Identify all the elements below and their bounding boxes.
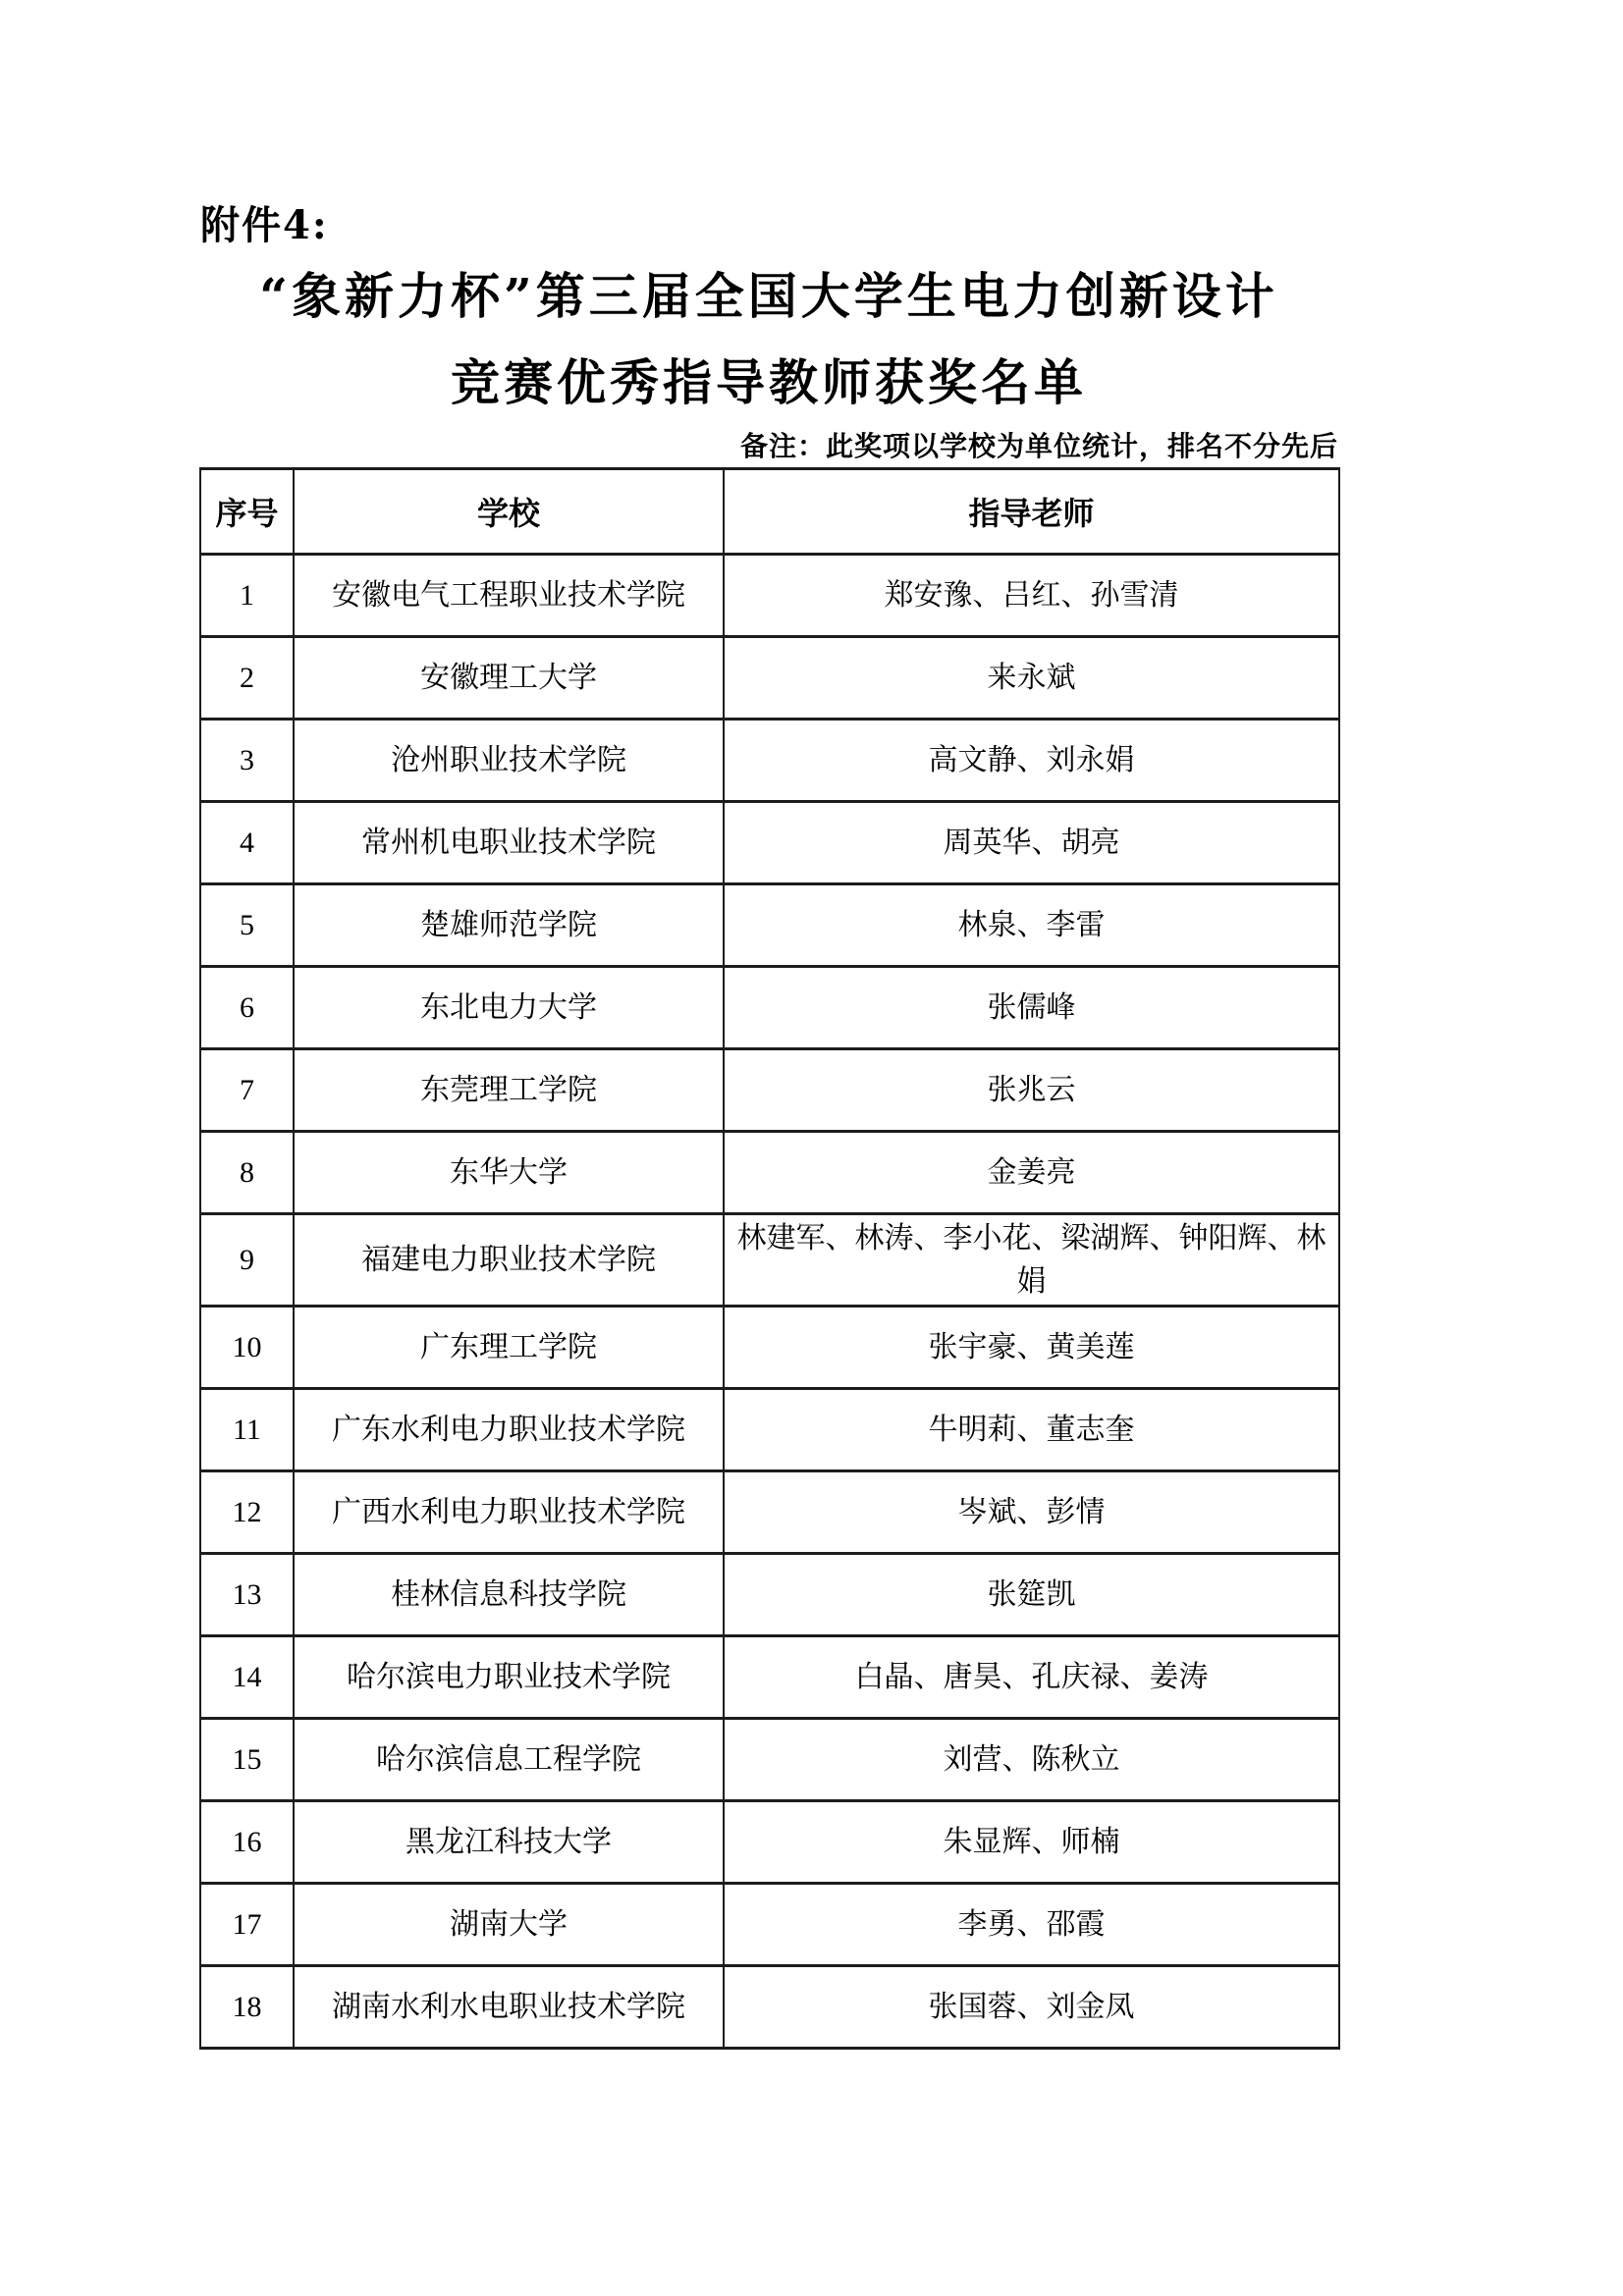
award-table: 序号 学校 指导老师 1 安徽电气工程职业技术学院 郑安豫、吕红、孙雪清 2 安… bbox=[199, 467, 1340, 2050]
table-body: 1 安徽电气工程职业技术学院 郑安豫、吕红、孙雪清 2 安徽理工大学 来永斌 3… bbox=[200, 555, 1339, 2049]
attachment-label: 附件4: bbox=[200, 194, 329, 250]
school-cell: 广东水利电力职业技术学院 bbox=[294, 1389, 724, 1471]
teachers-cell: 林泉、李雷 bbox=[724, 884, 1339, 967]
teachers-cell: 来永斌 bbox=[724, 637, 1339, 720]
row-number-cell: 10 bbox=[200, 1307, 294, 1389]
table-row: 10 广东理工学院 张宇豪、黄美莲 bbox=[200, 1307, 1339, 1389]
row-number-cell: 7 bbox=[200, 1049, 294, 1132]
document-page: 附件4: “象新力杯”第三届全国大学生电力创新设计 竞赛优秀指导教师获奖名单 备… bbox=[0, 0, 1623, 2296]
school-cell: 湖南水利水电职业技术学院 bbox=[294, 1966, 724, 2049]
table-row: 18 湖南水利水电职业技术学院 张国蓉、刘金凤 bbox=[200, 1966, 1339, 2049]
teachers-cell: 高文静、刘永娟 bbox=[724, 720, 1339, 802]
teachers-cell: 白晶、唐昊、孔庆禄、姜涛 bbox=[724, 1636, 1339, 1719]
row-number-cell: 2 bbox=[200, 637, 294, 720]
row-number-cell: 18 bbox=[200, 1966, 294, 2049]
table-row: 3 沧州职业技术学院 高文静、刘永娟 bbox=[200, 720, 1339, 802]
row-number-cell: 17 bbox=[200, 1884, 294, 1966]
school-cell: 湖南大学 bbox=[294, 1884, 724, 1966]
table-row: 11 广东水利电力职业技术学院 牛明莉、董志奎 bbox=[200, 1389, 1339, 1471]
title-line-2: 竞赛优秀指导教师获奖名单 bbox=[170, 340, 1368, 426]
school-cell: 东莞理工学院 bbox=[294, 1049, 724, 1132]
teachers-cell: 张国蓉、刘金凤 bbox=[724, 1966, 1339, 2049]
column-header-school: 学校 bbox=[294, 469, 724, 555]
school-cell: 黑龙江科技大学 bbox=[294, 1801, 724, 1884]
column-header-index: 序号 bbox=[200, 469, 294, 555]
teachers-cell: 郑安豫、吕红、孙雪清 bbox=[724, 555, 1339, 637]
row-number-cell: 4 bbox=[200, 802, 294, 884]
school-cell: 广西水利电力职业技术学院 bbox=[294, 1471, 724, 1554]
row-number-cell: 16 bbox=[200, 1801, 294, 1884]
row-number-cell: 11 bbox=[200, 1389, 294, 1471]
row-number-cell: 1 bbox=[200, 555, 294, 637]
school-cell: 安徽电气工程职业技术学院 bbox=[294, 555, 724, 637]
document-title: “象新力杯”第三届全国大学生电力创新设计 竞赛优秀指导教师获奖名单 bbox=[170, 253, 1368, 426]
table-row: 15 哈尔滨信息工程学院 刘营、陈秋立 bbox=[200, 1719, 1339, 1801]
table-row: 5 楚雄师范学院 林泉、李雷 bbox=[200, 884, 1339, 967]
teachers-cell: 李勇、邵霞 bbox=[724, 1884, 1339, 1966]
teachers-cell: 张宇豪、黄美莲 bbox=[724, 1307, 1339, 1389]
teachers-cell: 岑斌、彭情 bbox=[724, 1471, 1339, 1554]
teachers-cell: 林建军、林涛、李小花、梁湖辉、钟阳辉、林娟 bbox=[724, 1214, 1339, 1307]
table-row: 9 福建电力职业技术学院 林建军、林涛、李小花、梁湖辉、钟阳辉、林娟 bbox=[200, 1214, 1339, 1307]
school-cell: 哈尔滨电力职业技术学院 bbox=[294, 1636, 724, 1719]
row-number-cell: 5 bbox=[200, 884, 294, 967]
table-row: 8 东华大学 金姜亮 bbox=[200, 1132, 1339, 1214]
school-cell: 东华大学 bbox=[294, 1132, 724, 1214]
row-number-cell: 6 bbox=[200, 967, 294, 1049]
school-cell: 哈尔滨信息工程学院 bbox=[294, 1719, 724, 1801]
row-number-cell: 14 bbox=[200, 1636, 294, 1719]
row-number-cell: 9 bbox=[200, 1214, 294, 1307]
teachers-cell: 张筵凯 bbox=[724, 1554, 1339, 1636]
teachers-cell: 周英华、胡亮 bbox=[724, 802, 1339, 884]
note-text: 备注：此奖项以学校为单位统计，排名不分先后 bbox=[199, 425, 1338, 464]
school-cell: 沧州职业技术学院 bbox=[294, 720, 724, 802]
teachers-cell: 张儒峰 bbox=[724, 967, 1339, 1049]
school-cell: 福建电力职业技术学院 bbox=[294, 1214, 724, 1307]
school-cell: 楚雄师范学院 bbox=[294, 884, 724, 967]
school-cell: 东北电力大学 bbox=[294, 967, 724, 1049]
school-cell: 桂林信息科技学院 bbox=[294, 1554, 724, 1636]
table-row: 14 哈尔滨电力职业技术学院 白晶、唐昊、孔庆禄、姜涛 bbox=[200, 1636, 1339, 1719]
table-row: 2 安徽理工大学 来永斌 bbox=[200, 637, 1339, 720]
title-line-1: “象新力杯”第三届全国大学生电力创新设计 bbox=[170, 253, 1368, 340]
table-row: 12 广西水利电力职业技术学院 岑斌、彭情 bbox=[200, 1471, 1339, 1554]
row-number-cell: 15 bbox=[200, 1719, 294, 1801]
table-row: 6 东北电力大学 张儒峰 bbox=[200, 967, 1339, 1049]
table-row: 16 黑龙江科技大学 朱显辉、师楠 bbox=[200, 1801, 1339, 1884]
school-cell: 常州机电职业技术学院 bbox=[294, 802, 724, 884]
table-row: 7 东莞理工学院 张兆云 bbox=[200, 1049, 1339, 1132]
column-header-teachers: 指导老师 bbox=[724, 469, 1339, 555]
table-row: 1 安徽电气工程职业技术学院 郑安豫、吕红、孙雪清 bbox=[200, 555, 1339, 637]
row-number-cell: 12 bbox=[200, 1471, 294, 1554]
table-row: 17 湖南大学 李勇、邵霞 bbox=[200, 1884, 1339, 1966]
header-row: 序号 学校 指导老师 bbox=[200, 469, 1339, 555]
teachers-cell: 朱显辉、师楠 bbox=[724, 1801, 1339, 1884]
teachers-cell: 张兆云 bbox=[724, 1049, 1339, 1132]
table-row: 4 常州机电职业技术学院 周英华、胡亮 bbox=[200, 802, 1339, 884]
teachers-cell: 刘营、陈秋立 bbox=[724, 1719, 1339, 1801]
row-number-cell: 13 bbox=[200, 1554, 294, 1636]
teachers-cell: 牛明莉、董志奎 bbox=[724, 1389, 1339, 1471]
row-number-cell: 8 bbox=[200, 1132, 294, 1214]
school-cell: 安徽理工大学 bbox=[294, 637, 724, 720]
table-row: 13 桂林信息科技学院 张筵凯 bbox=[200, 1554, 1339, 1636]
teachers-cell: 金姜亮 bbox=[724, 1132, 1339, 1214]
row-number-cell: 3 bbox=[200, 720, 294, 802]
school-cell: 广东理工学院 bbox=[294, 1307, 724, 1389]
